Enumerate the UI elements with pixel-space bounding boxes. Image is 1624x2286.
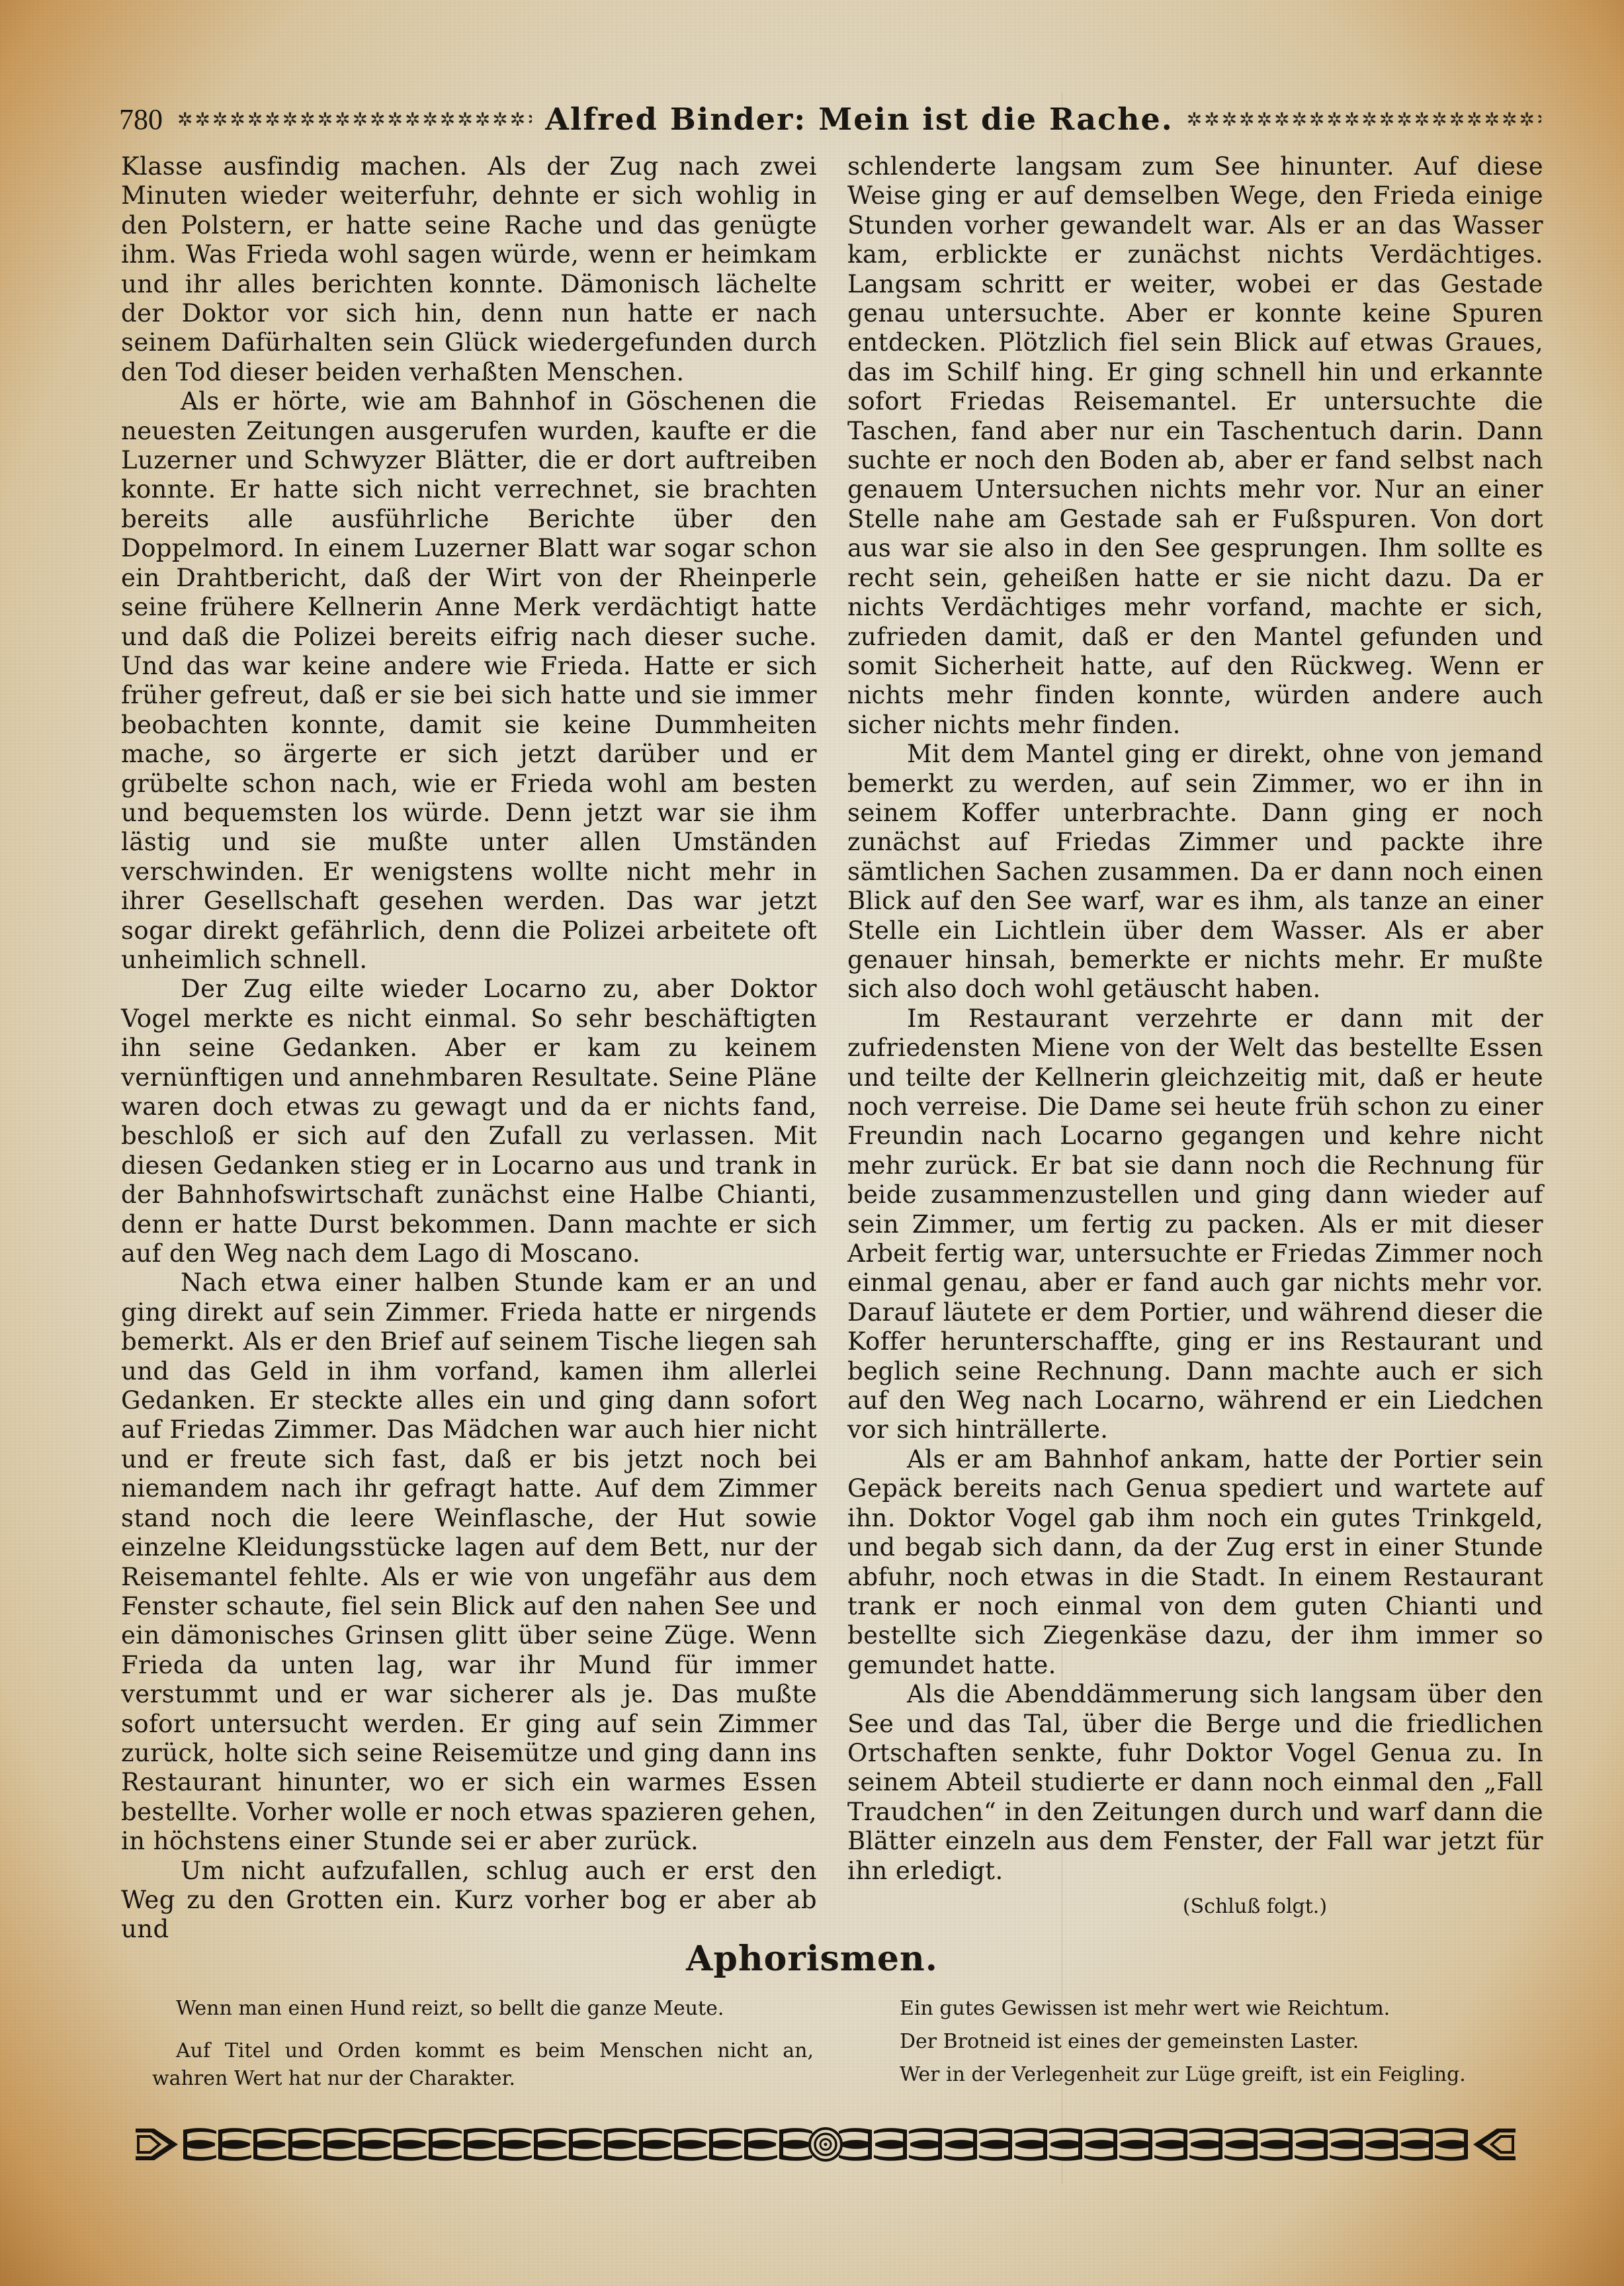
article-body: Klasse ausfindig machen. Als der Zug nac…: [121, 152, 1543, 1945]
aphorisms-section: Wenn man einen Hund reizt, so bellt die …: [152, 1995, 1535, 2102]
star-ornament-right-icon: ✲✲✲✲✲✲✲✲✲✲✲✲✲✲✲✲✲✲✲✲✲✲✲✲✲✲✲: [1187, 109, 1541, 130]
page-number: 780: [119, 103, 163, 136]
decorative-border-icon: [134, 2126, 1517, 2163]
aphorism: Auf Titel und Orden kommt es beim Mensch…: [152, 2037, 814, 2093]
paragraph: Als die Abenddämmerung sich langsam über…: [847, 1680, 1543, 1886]
left-column: Klasse ausfindig machen. Als der Zug nac…: [121, 152, 817, 1945]
aphorisms-right-column: Ein gutes Gewissen ist mehr wert wie Rei…: [880, 1995, 1535, 2102]
paragraph: Mit dem Mantel ging er direkt, ohne von …: [847, 740, 1543, 1004]
paragraph: Als er am Bahnhof ankam, hatte der Porti…: [847, 1445, 1543, 1680]
paragraph: Als er hörte, wie am Bahnhof in Göschene…: [121, 387, 817, 975]
continued-note: (Schluß folgt.): [847, 1895, 1543, 1918]
aphorisms-left-column: Wenn man einen Hund reizt, so bellt die …: [152, 1995, 814, 2102]
right-column: schlenderte langsam zum See hinunter. Au…: [847, 152, 1543, 1945]
aphorism: Wer in der Verlegenheit zur Lüge greift,…: [900, 2061, 1535, 2089]
aphorism: Wenn man einen Hund reizt, so bellt die …: [152, 1995, 814, 2023]
aphorism: Ein gutes Gewissen ist mehr wert wie Rei…: [900, 1995, 1535, 2023]
paragraph: Der Zug eilte wieder Locarno zu, aber Do…: [121, 975, 817, 1268]
aphorism: Der Brotneid ist eines der gemeinsten La…: [900, 2028, 1535, 2056]
paragraph: Klasse ausfindig machen. Als der Zug nac…: [121, 152, 817, 387]
running-title: Alfred Binder: Mein ist die Rache.: [545, 101, 1174, 137]
running-head: 780 ✲✲✲✲✲✲✲✲✲✲✲✲✲✲✲✲✲✲✲✲✲✲✲✲✲✲✲ Alfred B…: [119, 99, 1541, 139]
star-ornament-left-icon: ✲✲✲✲✲✲✲✲✲✲✲✲✲✲✲✲✲✲✲✲✲✲✲✲✲✲✲: [177, 109, 532, 130]
paragraph: Nach etwa einer halben Stunde kam er an …: [121, 1268, 817, 1856]
paragraph: schlenderte langsam zum See hinunter. Au…: [847, 152, 1543, 740]
paragraph: Im Restaurant verzehrte er dann mit der …: [847, 1004, 1543, 1445]
aphorisms-heading: Aphorismen.: [0, 1939, 1624, 1979]
paragraph: Um nicht aufzufallen, schlug auch er ers…: [121, 1857, 817, 1945]
